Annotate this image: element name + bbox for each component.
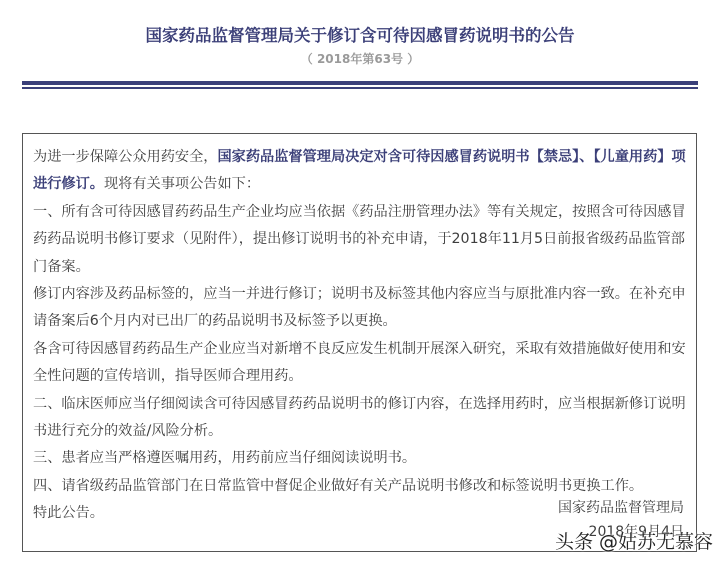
paragraph-research: 各含可待因感冒药药品生产企业应当对新增不良反应发生机制开展深入研究，采取有效措施… [33, 336, 688, 391]
intro-tail: 现将有关事项公告如下： [104, 176, 260, 192]
paragraph-labeling: 修订内容涉及药品标签的，应当一并进行修订；说明书及标签其他内容应当与原批准内容一… [33, 281, 688, 336]
document-title: 国家药品监督管理局关于修订含可待因感冒药说明书的公告 [0, 26, 720, 46]
header-rule-thin [22, 87, 698, 89]
watermark: 头条 @姑苏无慕容 [555, 530, 713, 554]
paragraph-item-3: 三、患者应当严格遵医嘱用药，用药前应当仔细阅读说明书。 [33, 445, 688, 472]
intro-lead: 为进一步保障公众用药安全， [33, 149, 217, 165]
paragraph-item-1: 一、所有含可待因感冒药药品生产企业均应当依据《药品注册管理办法》等有关规定，按照… [33, 199, 688, 281]
signature-issuer: 国家药品监督管理局 [558, 496, 684, 520]
document-number: （ 2018年第63号 ） [0, 51, 720, 67]
paragraph-item-2: 二、临床医师应当仔细阅读含可待因感冒药药品说明书的修订内容，在选择用药时，应当根… [33, 391, 688, 446]
header-rule-thick [22, 81, 698, 85]
announcement-body: 为进一步保障公众用药安全，国家药品监督管理局决定对含可待因感冒药说明书【禁忌】、… [33, 144, 688, 528]
intro-paragraph: 为进一步保障公众用药安全，国家药品监督管理局决定对含可待因感冒药说明书【禁忌】、… [33, 144, 688, 199]
